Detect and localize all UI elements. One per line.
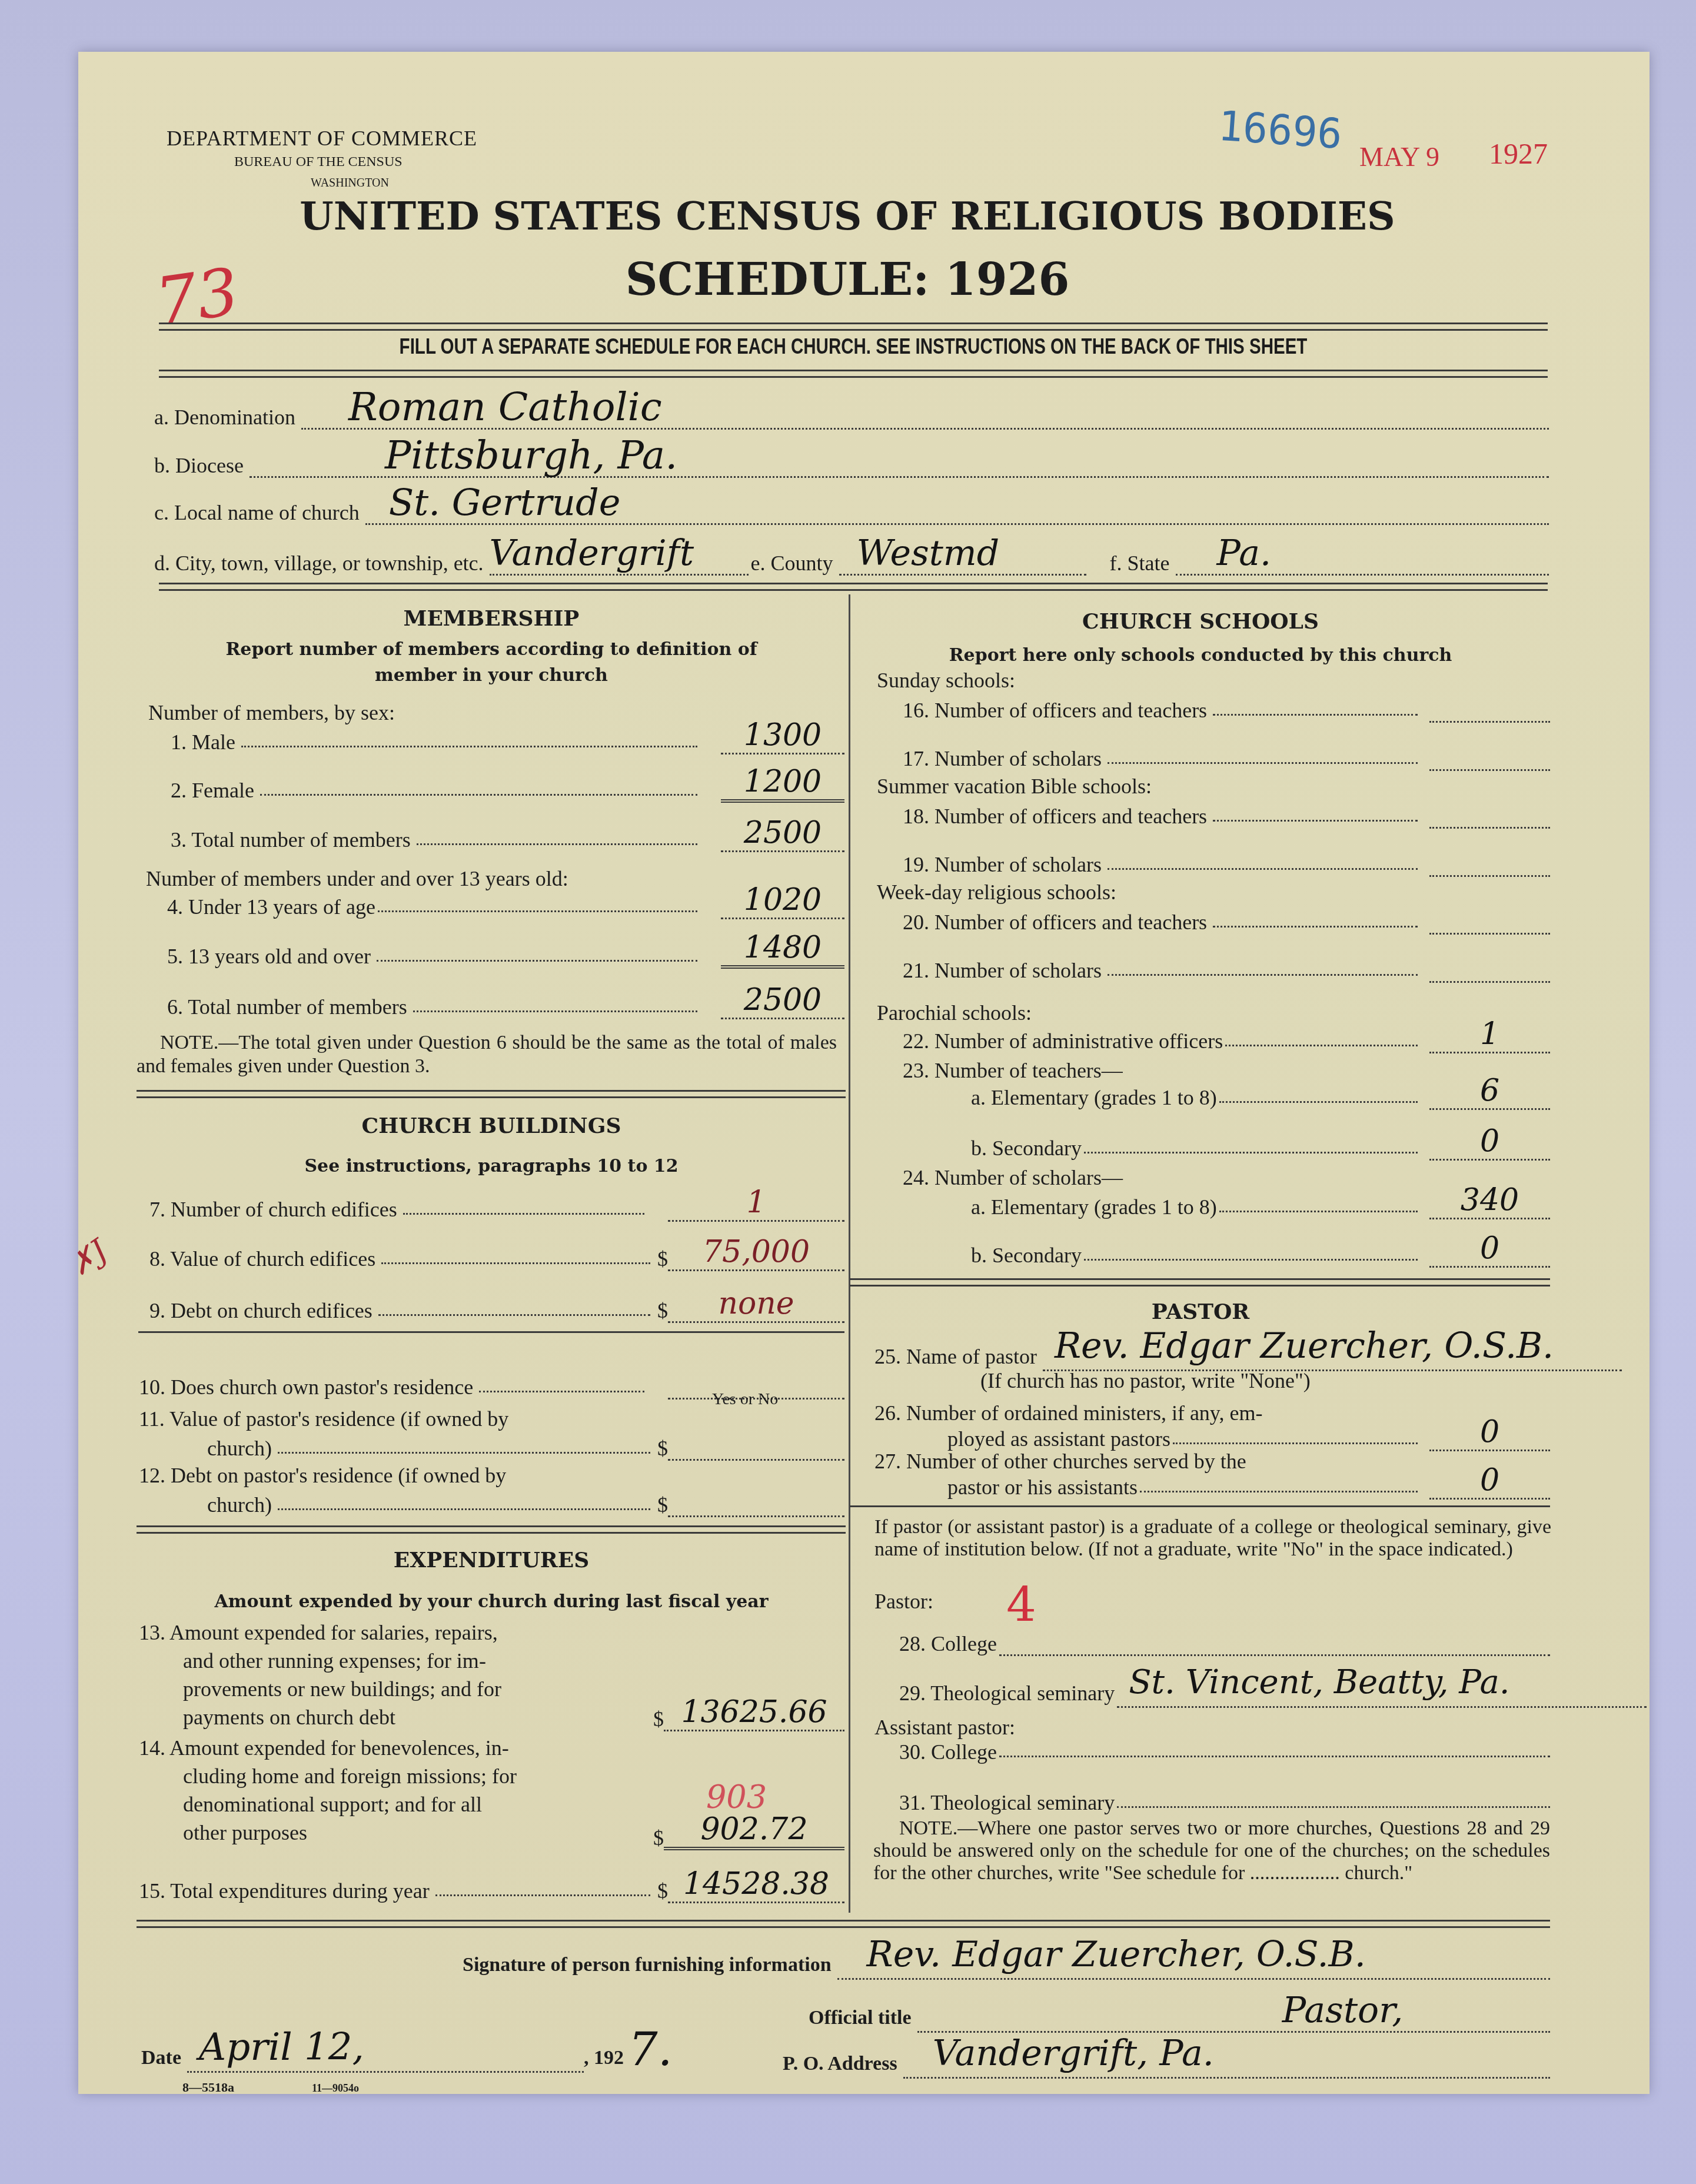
red-rounded-amount: 903	[706, 1779, 767, 1816]
sunday-schools-label: Sunday schools:	[877, 668, 1015, 693]
pastor-none-hint: (If church has no pastor, write "None")	[980, 1368, 1311, 1393]
pastor-subsection-label: Pastor:	[874, 1589, 933, 1614]
form-title: UNITED STATES CENSUS OF RELIGIOUS BODIES	[259, 193, 1436, 239]
sunday-teachers-field[interactable]: 16. Number of officers and teachers	[903, 690, 1550, 723]
pastor-college-field[interactable]: 28. College	[899, 1625, 1550, 1656]
diocese-label: b. Diocese	[154, 453, 244, 478]
weekday-teachers-field[interactable]: 20. Number of officers and teachers	[903, 902, 1550, 935]
under-13-label: 4. Under 13 years of age	[167, 895, 375, 919]
summer-scholars-field[interactable]: 19. Number of scholars	[903, 844, 1550, 877]
weekday-teachers-value[interactable]	[1429, 933, 1550, 935]
identification-divider	[159, 583, 1548, 591]
buildings-subheading: See instructions, paragraphs 10 to 12	[138, 1154, 844, 1179]
edifices-value-value[interactable]: 75,000	[668, 1234, 844, 1271]
city-value[interactable]: Vandergrift	[490, 533, 749, 576]
edifices-count-value[interactable]: 1	[668, 1185, 844, 1222]
buildings-heading: CHURCH BUILDINGS	[138, 1113, 844, 1138]
elem-scholars-field[interactable]: a. Elementary (grades 1 to 8) 340	[971, 1184, 1550, 1219]
pastor-name-value[interactable]: Rev. Edgar Zuercher, O.S.B.	[1043, 1322, 1622, 1371]
elem-teachers-field[interactable]: a. Elementary (grades 1 to 8) 6	[971, 1077, 1550, 1110]
signature-field[interactable]: Signature of person furnishing informati…	[463, 1932, 1550, 1980]
red-check-mark: 4	[1006, 1577, 1036, 1632]
expenditures-subheading: Amount expended by your church during la…	[138, 1589, 844, 1615]
benevolences-field[interactable]: $ 902.72	[653, 1811, 844, 1850]
edifices-count-label: 7. Number of church edifices	[149, 1197, 397, 1222]
assistant-college-field[interactable]: 30. College	[899, 1734, 1550, 1764]
received-stamp-year: 1927	[1489, 137, 1548, 171]
city-label: d. City, town, village, or township, etc…	[154, 551, 484, 576]
bureau-city: WASHINGTON	[311, 177, 389, 190]
state-label: f. State	[1110, 551, 1170, 576]
admin-officers-field[interactable]: 22. Number of administrative officers 1	[903, 1020, 1550, 1053]
schools-subheading: Report here only schools conducted by th…	[853, 643, 1548, 669]
edifices-value-label: 8. Value of church edifices	[149, 1246, 375, 1271]
edifices-debt-field[interactable]: 9. Debt on church edifices $ none	[149, 1281, 844, 1323]
assistant-pastors-field[interactable]: ployed as assistant pastors 0	[947, 1418, 1550, 1451]
date-value[interactable]: April 12,	[187, 2024, 584, 2073]
county-value[interactable]: Westmd	[839, 533, 1086, 576]
schools-heading: CHURCH SCHOOLS	[853, 609, 1548, 634]
residence-value-field[interactable]: church) $	[207, 1427, 844, 1461]
diocese-field[interactable]: b. Diocese Pittsburgh, Pa.	[154, 437, 1549, 478]
expenditures-heading: EXPENDITURES	[138, 1548, 844, 1573]
state-value[interactable]: Pa.	[1176, 533, 1549, 576]
13-and-over-value[interactable]: 1480	[721, 930, 844, 969]
church-name-value[interactable]: St. Gertrude	[365, 482, 1549, 525]
male-field[interactable]: 1. Male 1300	[171, 718, 844, 754]
edifices-value-field[interactable]: 8. Value of church edifices $ 75,000	[149, 1229, 844, 1271]
salaries-value[interactable]: 13625.66	[664, 1694, 844, 1731]
edifices-count-field[interactable]: 7. Number of church edifices 1	[149, 1177, 844, 1222]
total-expenditures-value[interactable]: 14528.38	[668, 1866, 844, 1903]
membership-note: NOTE.—The total given under Question 6 s…	[137, 1031, 837, 1078]
yes-or-no-hint: Yes or No	[712, 1390, 778, 1409]
denomination-value[interactable]: Roman Catholic	[301, 387, 1549, 430]
total-members-age-field[interactable]: 6. Total number of members 2500	[167, 983, 844, 1019]
column-divider	[849, 594, 850, 1913]
pastor-seminary-value[interactable]: St. Vincent, Beatty, Pa.	[1117, 1659, 1647, 1708]
weekday-scholars-value[interactable]	[1429, 981, 1550, 983]
owns-residence-label: 10. Does church own pastor's residence	[139, 1375, 473, 1400]
po-address-field[interactable]: P. O. Address Vandergrift, Pa.	[783, 2030, 1550, 2079]
residence-debt-value[interactable]	[668, 1515, 844, 1517]
membership-divider	[137, 1090, 846, 1098]
13-and-over-field[interactable]: 5. 13 years old and over 1480	[167, 932, 844, 969]
weekday-schools-label: Week-day religious schools:	[877, 880, 1116, 905]
other-churches-value[interactable]: 0	[1429, 1462, 1550, 1500]
residence-debt-field[interactable]: church) $	[207, 1483, 844, 1517]
accession-stamp-number: 16696	[1216, 102, 1344, 158]
pastor-heading: PASTOR	[853, 1299, 1548, 1324]
other-churches-field[interactable]: pastor or his assistants 0	[947, 1467, 1550, 1500]
summer-scholars-value[interactable]	[1429, 875, 1550, 877]
total-expenditures-label: 15. Total expenditures during year	[139, 1879, 430, 1903]
total-expenditures-field[interactable]: 15. Total expenditures during year $ 145…	[139, 1864, 844, 1903]
buildings-divider	[138, 1331, 844, 1333]
denomination-field[interactable]: a. Denomination Roman Catholic	[154, 388, 1549, 430]
summer-teachers-field[interactable]: 18. Number of officers and teachers	[903, 796, 1550, 829]
residence-value-value[interactable]	[668, 1459, 844, 1461]
total-members-label: 3. Total number of members	[171, 827, 411, 852]
form-number: 8—5518a	[182, 2080, 234, 2095]
male-value[interactable]: 1300	[721, 717, 844, 754]
county-label: e. County	[751, 551, 833, 576]
pastor-divider	[850, 1505, 1550, 1507]
schools-divider	[850, 1278, 1550, 1287]
weekday-scholars-field[interactable]: 21. Number of scholars	[903, 950, 1550, 983]
church-name-field[interactable]: c. Local name of church St. Gertrude	[154, 484, 1549, 525]
assistant-seminary-field[interactable]: 31. Theological seminary	[899, 1784, 1550, 1815]
sunday-scholars-value[interactable]	[1429, 769, 1550, 771]
assistant-seminary-value[interactable]	[1117, 1806, 1550, 1808]
schedule-title: SCHEDULE: 1926	[259, 253, 1436, 305]
summer-teachers-value[interactable]	[1429, 827, 1550, 829]
location-row: d. City, town, village, or township, etc…	[154, 534, 1549, 576]
13-and-over-label: 5. 13 years old and over	[167, 944, 371, 969]
fill-out-instruction: FILL OUT A SEPARATE SCHEDULE FOR EACH CH…	[284, 334, 1422, 359]
denomination-label: a. Denomination	[154, 405, 295, 430]
official-title-value[interactable]: Pastor,	[917, 1990, 1550, 2033]
print-number: 11—9054o	[312, 2082, 359, 2095]
po-address-value[interactable]: Vandergrift, Pa.	[903, 2030, 1550, 2079]
sec-scholars-value[interactable]: 0	[1429, 1231, 1550, 1268]
instruction-divider	[159, 370, 1548, 378]
membership-subheading: Report number of members according to de…	[188, 637, 794, 689]
under-13-value[interactable]: 1020	[721, 882, 844, 919]
bureau-name: BUREAU OF THE CENSUS	[234, 154, 403, 170]
salaries-field[interactable]: $ 13625.66	[653, 1695, 844, 1731]
graduate-instruction: If pastor (or assistant pastor) is a gra…	[874, 1516, 1551, 1561]
signature-value[interactable]: Rev. Edgar Zuercher, O.S.B.	[837, 1931, 1550, 1980]
summer-schools-label: Summer vacation Bible schools:	[877, 774, 1152, 799]
pastor-college-value[interactable]	[999, 1654, 1550, 1656]
multi-church-note: NOTE.—Where one pastor serves two or mor…	[873, 1817, 1550, 1884]
total-members-age-value[interactable]: 2500	[721, 982, 844, 1019]
assistant-college-value[interactable]	[999, 1756, 1550, 1757]
female-label: 2. Female	[171, 778, 254, 803]
edifices-debt-label: 9. Debt on church edifices	[149, 1298, 373, 1323]
sunday-teachers-value[interactable]	[1429, 721, 1550, 723]
benevolences-value[interactable]: 902.72	[664, 1811, 844, 1850]
elem-teachers-value[interactable]: 6	[1429, 1073, 1550, 1110]
female-value[interactable]: 1200	[721, 764, 844, 803]
total-members-age-label: 6. Total number of members	[167, 995, 407, 1019]
signature-divider	[137, 1920, 1550, 1928]
header-divider	[159, 323, 1548, 331]
total-members-field[interactable]: 3. Total number of members 2500	[171, 816, 844, 852]
benevolences-label: 14. Amount expended for benevolences, in…	[139, 1734, 645, 1847]
sec-teachers-field[interactable]: b. Secondary 0	[971, 1128, 1550, 1161]
date-year-digit[interactable]: 7.	[628, 2023, 672, 2076]
pastor-seminary-field[interactable]: 29. Theological seminary St. Vincent, Be…	[899, 1660, 1647, 1708]
edifices-debt-value[interactable]: none	[668, 1286, 844, 1323]
admin-officers-value[interactable]: 1	[1429, 1016, 1550, 1053]
under-13-field[interactable]: 4. Under 13 years of age 1020	[167, 883, 844, 919]
salaries-label: 13. Amount expended for salaries, repair…	[139, 1618, 645, 1731]
diocese-value[interactable]: Pittsburgh, Pa.	[250, 435, 1549, 478]
membership-heading: MEMBERSHIP	[138, 606, 844, 631]
buildings-bottom-divider	[137, 1525, 846, 1534]
total-members-value[interactable]: 2500	[721, 815, 844, 852]
received-stamp-date: MAY 9	[1359, 141, 1439, 172]
official-title-field[interactable]: Official title Pastor,	[809, 1988, 1550, 2033]
pastor-name-field[interactable]: 25. Name of pastor Rev. Edgar Zuercher, …	[874, 1324, 1622, 1371]
sec-teachers-value[interactable]: 0	[1429, 1123, 1550, 1161]
male-label: 1. Male	[171, 730, 235, 754]
female-field[interactable]: 2. Female 1200	[171, 766, 844, 803]
elem-scholars-value[interactable]: 340	[1429, 1182, 1550, 1219]
sunday-scholars-field[interactable]: 17. Number of scholars	[903, 738, 1550, 771]
church-name-label: c. Local name of church	[154, 500, 360, 525]
sec-scholars-field[interactable]: b. Secondary 0	[971, 1232, 1550, 1268]
date-field[interactable]: Date April 12, , 192	[141, 2025, 624, 2073]
assistant-pastors-value[interactable]: 0	[1429, 1414, 1550, 1451]
department-name: DEPARTMENT OF COMMERCE	[167, 126, 477, 151]
